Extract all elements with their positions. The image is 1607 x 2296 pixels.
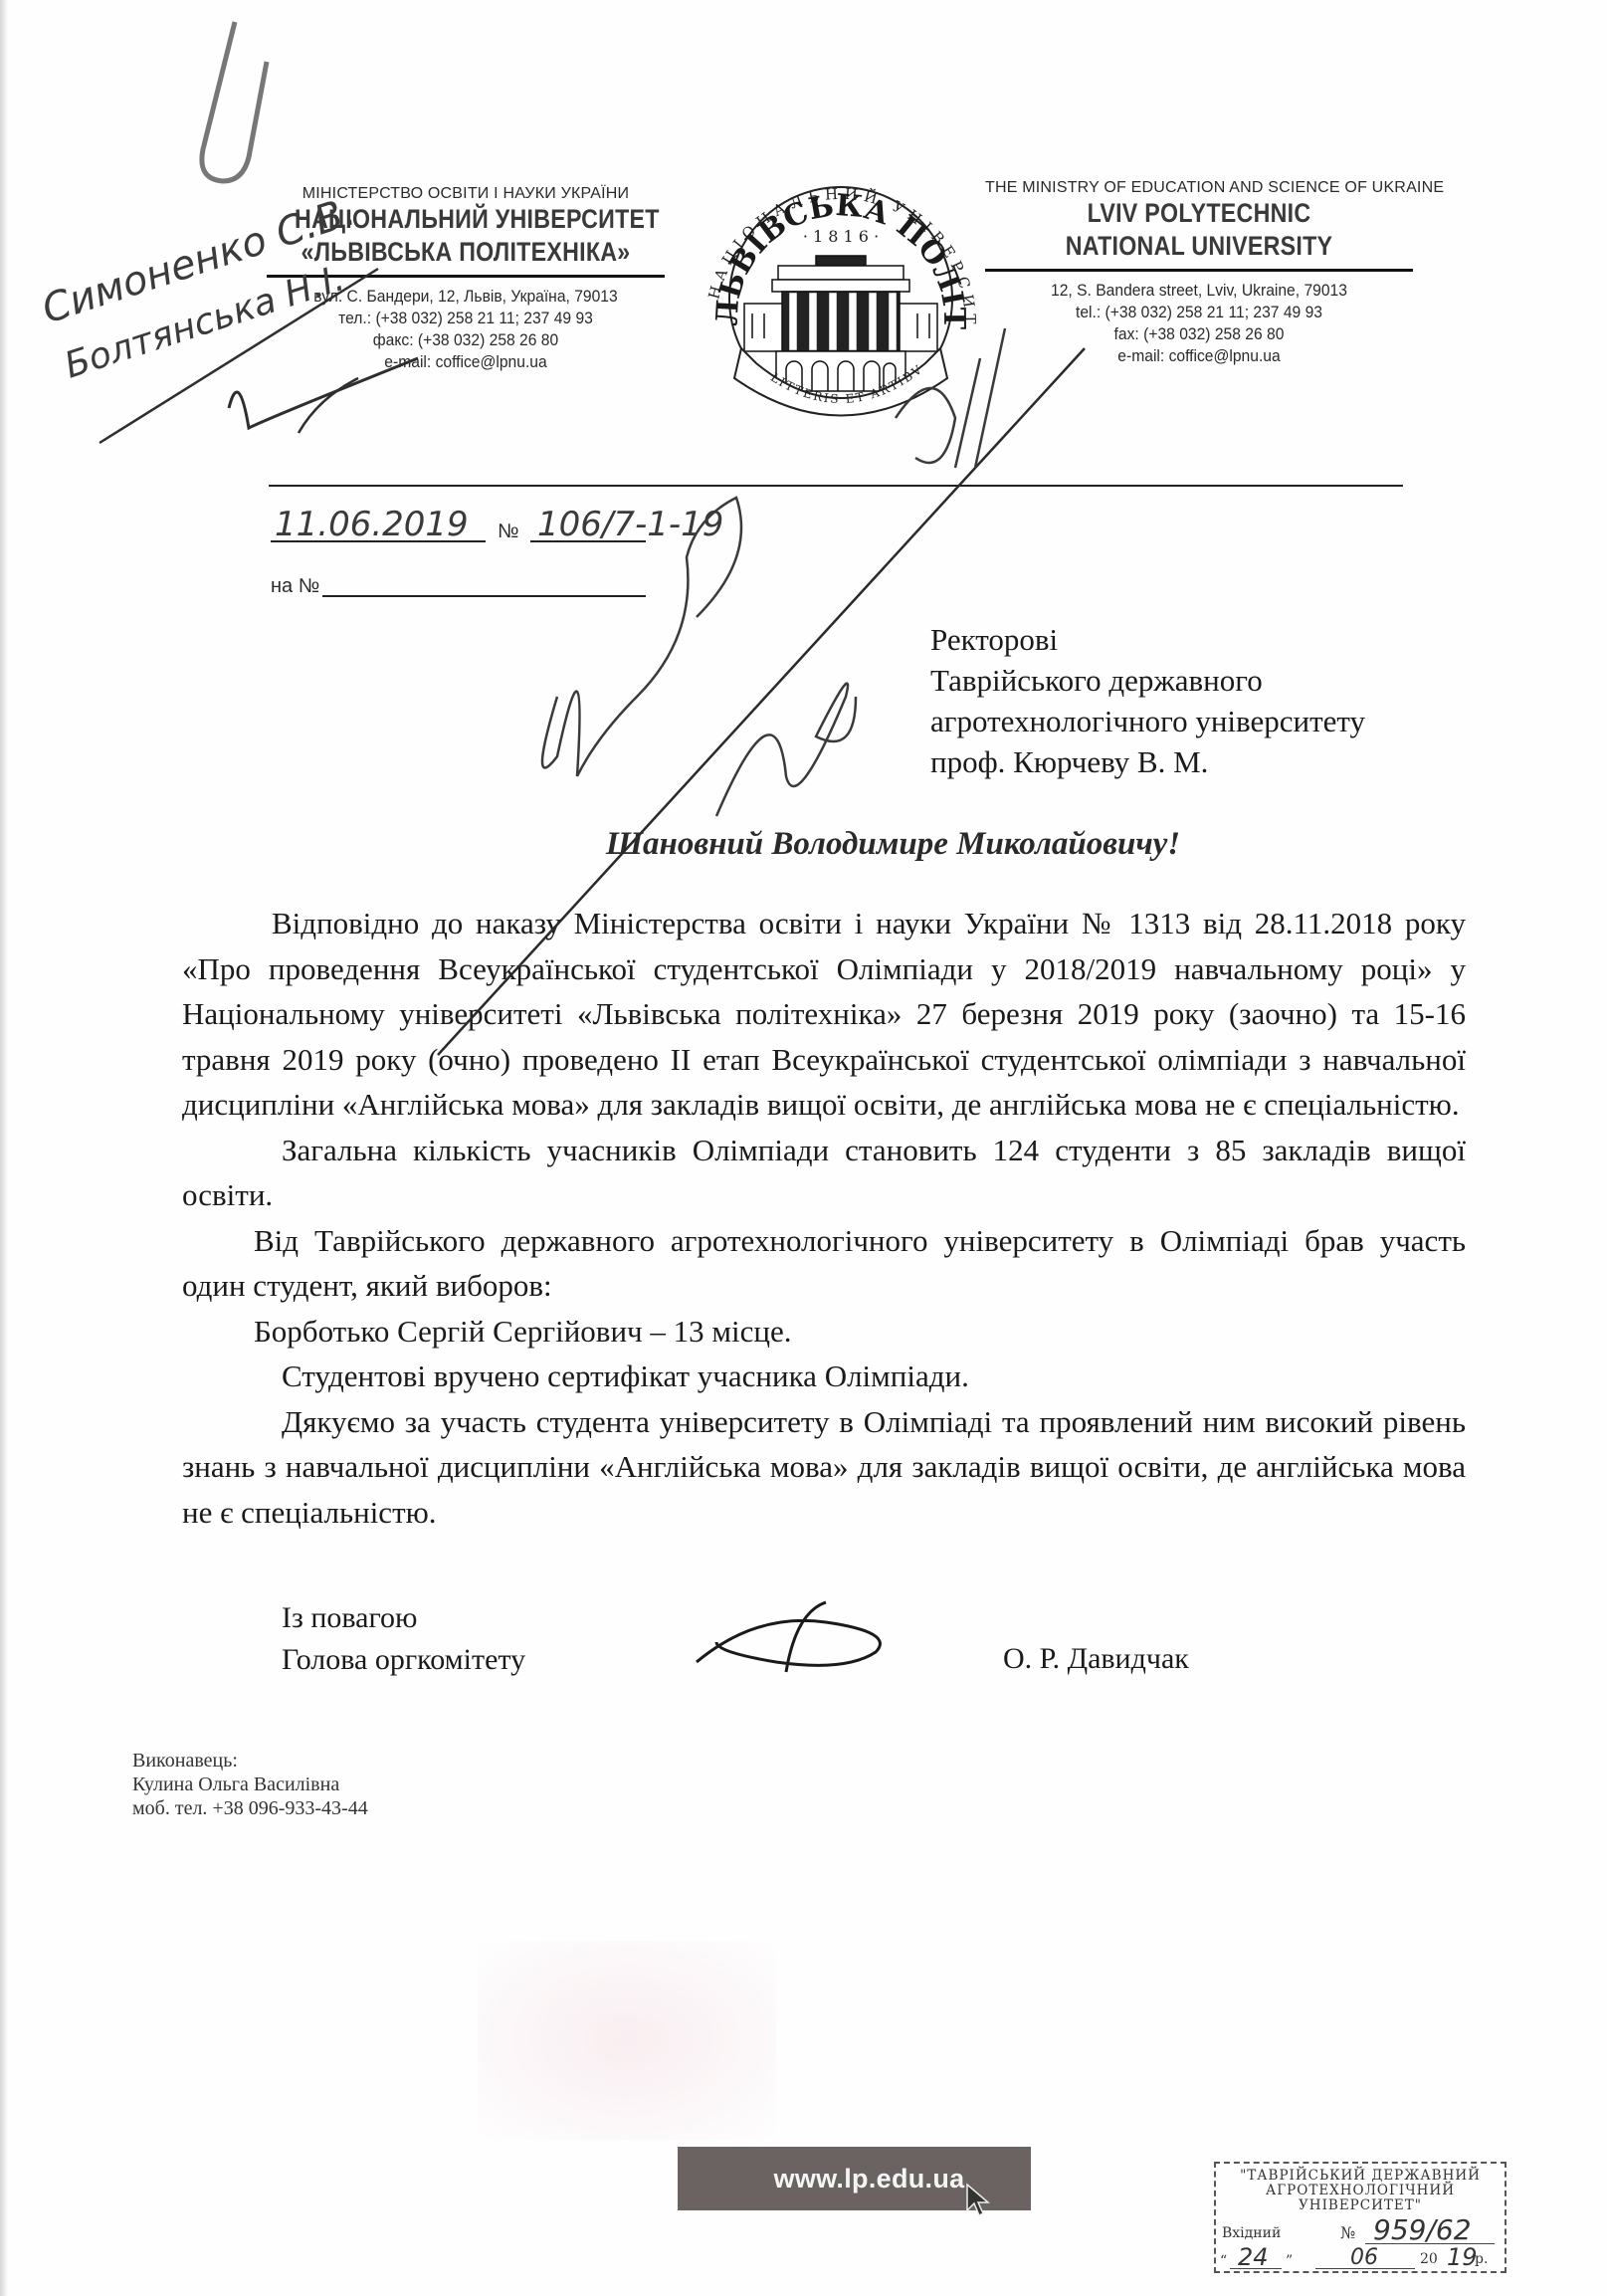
- email-ua: e-mail: coffice@lpnu.ua: [283, 351, 649, 373]
- ministry-name-en: THE MINISTRY OF EDUCATION AND SCIENCE OF…: [985, 179, 1413, 197]
- stamp-month: 06: [1350, 2245, 1378, 2270]
- stamp-day-underline: [1230, 2268, 1282, 2269]
- address-ua: вул. С. Бандери, 12, Львів, Україна, 790…: [283, 286, 649, 308]
- stamp-day: 24: [1238, 2243, 1269, 2271]
- addressee-line-3: агротехнологічного університету: [930, 701, 1365, 741]
- executor-block: Виконавець: Кулина Ольга Василівна моб. …: [132, 1749, 368, 1820]
- signatory-name: О. Р. Давидчак: [1003, 1638, 1189, 1680]
- body-paragraph-3: Від Таврійського державного агротехнолог…: [182, 1218, 1466, 1309]
- ministry-name-ua: МІНІСТЕРСТВО ОСВІТИ І НАУКИ УКРАЇНИ: [267, 185, 665, 203]
- stamp-year-suffix: 19: [1447, 2243, 1478, 2271]
- stamp-month-underline: [1315, 2268, 1415, 2269]
- university-seal-logo: НАЦІОНАЛЬНИЙ УНІВЕРСИТЕТ ЛЬВІВСЬКА ПОЛІТ…: [687, 134, 995, 443]
- letterhead-divider: [267, 275, 665, 278]
- registration-number: 106/7-1-19: [537, 505, 723, 544]
- body-paragraph-certificate: Студентові вручено сертифікат учасника О…: [182, 1354, 1466, 1399]
- phone-en: tel.: (+38 032) 258 21 11; 237 49 93: [1002, 302, 1396, 323]
- chairman-signature: [697, 1602, 880, 1672]
- registration-date: 11.06.2019: [275, 505, 469, 544]
- university-name-en-line2: NATIONAL UNIVERSITY: [1015, 230, 1383, 263]
- addressee-line-4: проф. Кюрчеву В. М.: [930, 741, 1365, 782]
- address-en: 12, S. Bandera street, Lviv, Ukraine, 79…: [1002, 280, 1396, 302]
- university-name-ua-line1: НАЦІОНАЛЬНИЙ УНІВЕРСИТЕТ: [295, 203, 637, 236]
- seal-year: · 1 8 1 6 ·: [803, 227, 879, 246]
- letterhead-ukrainian: МІНІСТЕРСТВО ОСВІТИ І НАУКИ УКРАЇНИ НАЦІ…: [267, 185, 665, 373]
- stamp-incoming-label: Вхідний: [1222, 2225, 1281, 2241]
- signatory-position: Голова оргкомітету: [282, 1639, 525, 1681]
- addressee-line-2: Таврійського державного: [930, 660, 1365, 701]
- body-paragraph-1: Відповідно до наказу Міністерства освіти…: [182, 901, 1466, 1128]
- stamp-org-line-3: УНІВЕРСИТЕТ": [1216, 2198, 1505, 2213]
- number-label: №: [498, 521, 518, 543]
- addressee-line-1: Ректорові: [930, 619, 1365, 660]
- reply-to-label: на №: [271, 575, 319, 598]
- email-en: e-mail: coffice@lpnu.ua: [1002, 345, 1396, 367]
- salutation: Шановний Володимире Миколайовичу!: [0, 826, 1607, 863]
- stamp-org-line-1: "ТАВРІЙСЬКИЙ ДЕРЖАВНИЙ: [1216, 2169, 1505, 2184]
- paper-clip-mark: [202, 22, 267, 181]
- incoming-registration-stamp: "ТАВРІЙСЬКИЙ ДЕРЖАВНИЙ АГРОТЕХНОЛОГІЧНИЙ…: [1214, 2162, 1507, 2273]
- closing-regards: Із повагою: [282, 1597, 525, 1639]
- executor-name: Кулина Ольга Василівна: [132, 1773, 368, 1796]
- stamp-quote-close: ”: [1286, 2253, 1293, 2269]
- fax-ua: факс: (+38 032) 258 26 80: [283, 329, 649, 351]
- handwritten-resolution-initials: [716, 684, 856, 816]
- stamp-number-label: №: [1340, 2223, 1355, 2242]
- stamp-quote-open: “: [1220, 2253, 1227, 2269]
- stamp-incoming-number: 959/62: [1373, 2213, 1472, 2246]
- stamp-year-prefix: 20: [1420, 2251, 1438, 2267]
- body-paragraph-thanks: Дякуємо за участь студента університету …: [182, 1399, 1466, 1536]
- executor-label: Виконавець:: [132, 1749, 368, 1773]
- website-url: www.lp.edu.ua: [774, 2164, 965, 2194]
- registration-top-rule: [269, 485, 1403, 487]
- university-name-en-line1: LVIV POLYTECHNIC: [1015, 197, 1383, 230]
- letter-page: МІНІСТЕРСТВО ОСВІТИ І НАУКИ УКРАЇНИ НАЦІ…: [0, 0, 1607, 2296]
- body-paragraph-student: Борботько Сергій Сергійович – 13 місце.: [182, 1309, 1466, 1355]
- executor-phone: моб. тел. +38 096-933-43-44: [132, 1796, 368, 1820]
- letter-body: Відповідно до наказу Міністерства освіти…: [182, 901, 1466, 1535]
- addressee-block: Ректорові Таврійського державного агроте…: [930, 619, 1365, 782]
- letterhead-english: THE MINISTRY OF EDUCATION AND SCIENCE OF…: [985, 179, 1413, 367]
- stamp-year-unit: р.: [1475, 2251, 1488, 2267]
- phone-ua: тел.: (+38 032) 258 21 11; 237 49 93: [283, 308, 649, 329]
- university-name-ua-line2: «ЛЬВІВСЬКА ПОЛІТЕХНІКА»: [295, 236, 637, 269]
- fax-en: fax: (+38 032) 258 26 80: [1002, 323, 1396, 345]
- scan-edge-shadow: [0, 0, 8, 2296]
- letterhead-divider: [985, 269, 1413, 272]
- stamp-org-line-2: АГРОТЕХНОЛОГІЧНИЙ: [1216, 2184, 1505, 2198]
- cursor-arrow-icon: [965, 2183, 993, 2218]
- bleed-through-stain: [478, 1941, 776, 2140]
- reply-to-underline: [322, 595, 646, 597]
- signature-tail: [299, 378, 358, 433]
- closing-block: Із повагою Голова оргкомітету: [282, 1597, 525, 1681]
- body-paragraph-2: Загальна кількість учасників Олімпіади с…: [182, 1128, 1466, 1218]
